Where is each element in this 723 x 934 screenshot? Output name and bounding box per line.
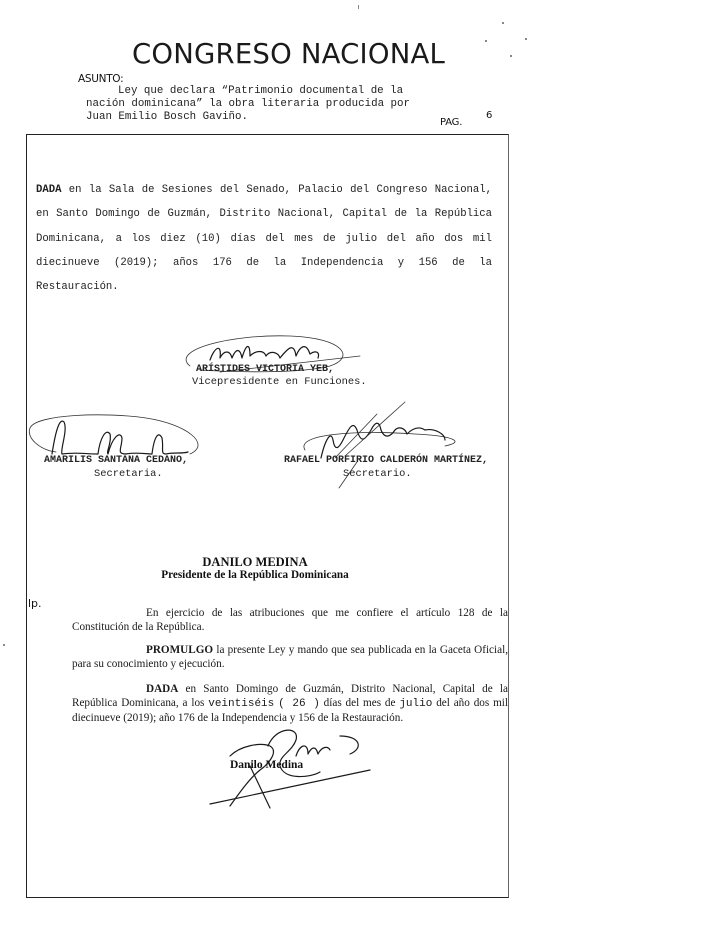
day-number-field: ( 26 ): [278, 698, 320, 710]
scan-speck: [3, 644, 5, 646]
para2-lead: PROMULGO: [146, 644, 213, 656]
president-signature-icon: [200, 726, 380, 816]
promulgation-paragraph-2: PROMULGO la presente Ley y mando que sea…: [72, 643, 508, 671]
page-label: PAG.: [440, 117, 462, 128]
scan-speck: [502, 22, 504, 24]
vice-president-name: ARÍSTIDES VICTORIA YEB,: [196, 364, 334, 375]
secretary-2-name: RAFAEL PORFIRIO CALDERÓN MARTÍNEZ,: [284, 455, 488, 466]
promulgation-paragraph-3: DADA en Santo Domingo de Guzmán, Distrit…: [72, 682, 508, 725]
senate-act-lead: DADA: [36, 184, 61, 196]
para1-text: En ejercicio de las atribuciones que me …: [72, 607, 508, 633]
senate-act-paragraph: DADA en la Sala de Sesiones del Senado, …: [36, 178, 492, 299]
promulgation-paragraph-1: En ejercicio de las atribuciones que me …: [72, 606, 508, 634]
para3-lead: DADA: [146, 683, 178, 695]
president-name-heading: DANILO MEDINA: [0, 555, 510, 570]
scan-speck: [525, 38, 527, 40]
document-header-title: CONGRESO NACIONAL: [132, 38, 445, 70]
vice-president-role: Vicepresidente en Funciones.: [192, 376, 367, 388]
senate-act-text: en la Sala de Sesiones del Senado, Palac…: [36, 184, 492, 293]
scan-speck: [358, 5, 359, 9]
president-signature-name: Danilo Medina: [230, 759, 303, 771]
president-title-heading: Presidente de la República Dominicana: [0, 569, 510, 581]
scan-speck: [510, 55, 512, 57]
subject-line: Ley que declara “Patrimonio documental d…: [86, 85, 516, 98]
subject-line: nación dominicana” la obra literaria pro…: [86, 98, 516, 111]
secretary-2-role: Secretario.: [343, 468, 412, 480]
day-words-field: veintiséis: [208, 698, 274, 710]
scan-speck: [485, 40, 487, 42]
secretary-1-role: Secretaria.: [94, 468, 163, 480]
para2-text: la presente Ley y mando que sea publicad…: [72, 644, 508, 670]
secretary-1-name: AMARILIS SANTANA CEDANO,: [44, 455, 188, 466]
margin-initials: lp.: [28, 597, 42, 610]
secretary-signature-icon: [26, 408, 206, 460]
para3-text: días del mes de: [320, 697, 400, 709]
page-number: 6: [486, 110, 492, 121]
month-field: julio: [399, 698, 432, 710]
subject-label: ASUNTO:: [78, 73, 123, 85]
